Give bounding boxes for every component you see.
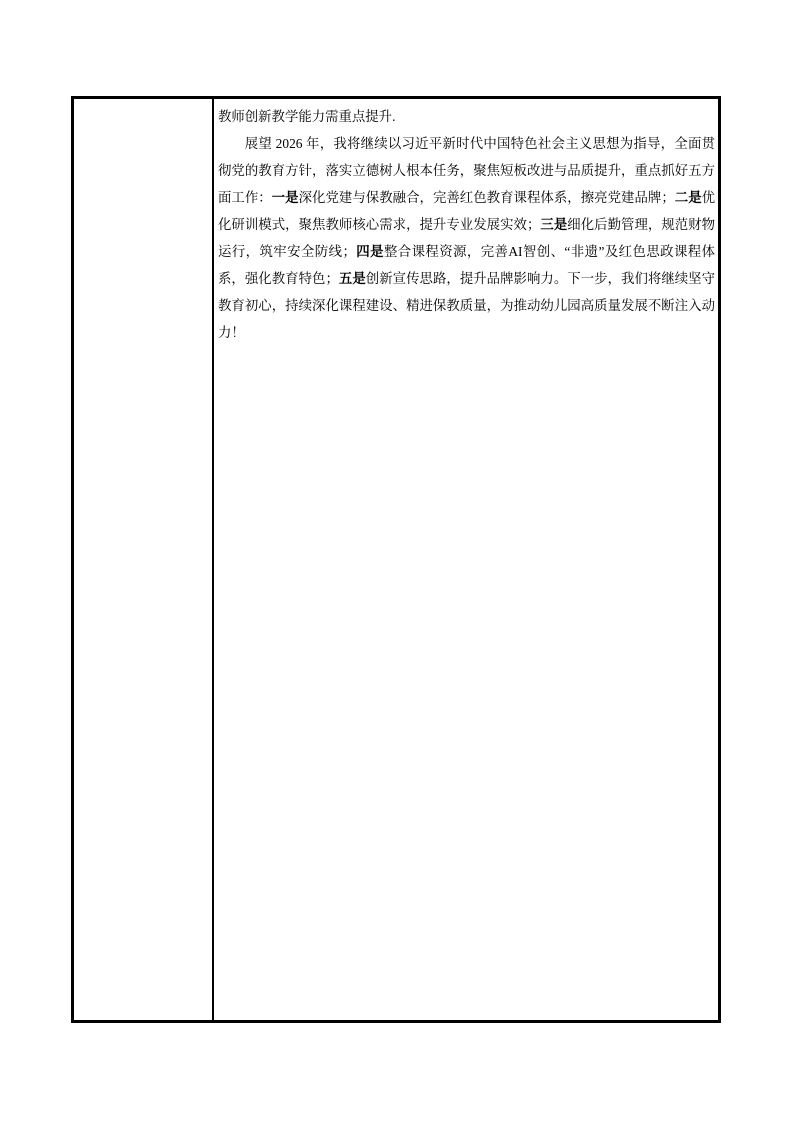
paragraph: 教师创新教学能力需重点提升.	[218, 103, 715, 130]
bold-phrase: 五是	[339, 271, 366, 286]
summary-table: 教师创新教学能力需重点提升.展望 2026 年，我将继续以习近平新时代中国特色社…	[71, 96, 721, 1023]
document-page: 教师创新教学能力需重点提升.展望 2026 年，我将继续以习近平新时代中国特色社…	[0, 0, 794, 1123]
bold-phrase: 三是	[540, 217, 567, 232]
bold-phrase: 四是	[356, 244, 384, 259]
bold-phrase: 一是	[272, 190, 299, 205]
paragraph: 展望 2026 年，我将继续以习近平新时代中国特色社会主义思想为指导，全面贯彻党…	[218, 130, 715, 346]
table-right-cell: 教师创新教学能力需重点提升.展望 2026 年，我将继续以习近平新时代中国特色社…	[214, 99, 718, 1020]
text-run: 深化党建与保教融合，完善红色教育课程体系，擦亮党建品牌；	[299, 190, 675, 205]
report-text-body: 教师创新教学能力需重点提升.展望 2026 年，我将继续以习近平新时代中国特色社…	[218, 103, 715, 346]
table-left-cell	[74, 99, 214, 1020]
text-run: 教师创新教学能力需重点提升.	[218, 109, 395, 124]
bold-phrase: 二是	[675, 190, 702, 205]
